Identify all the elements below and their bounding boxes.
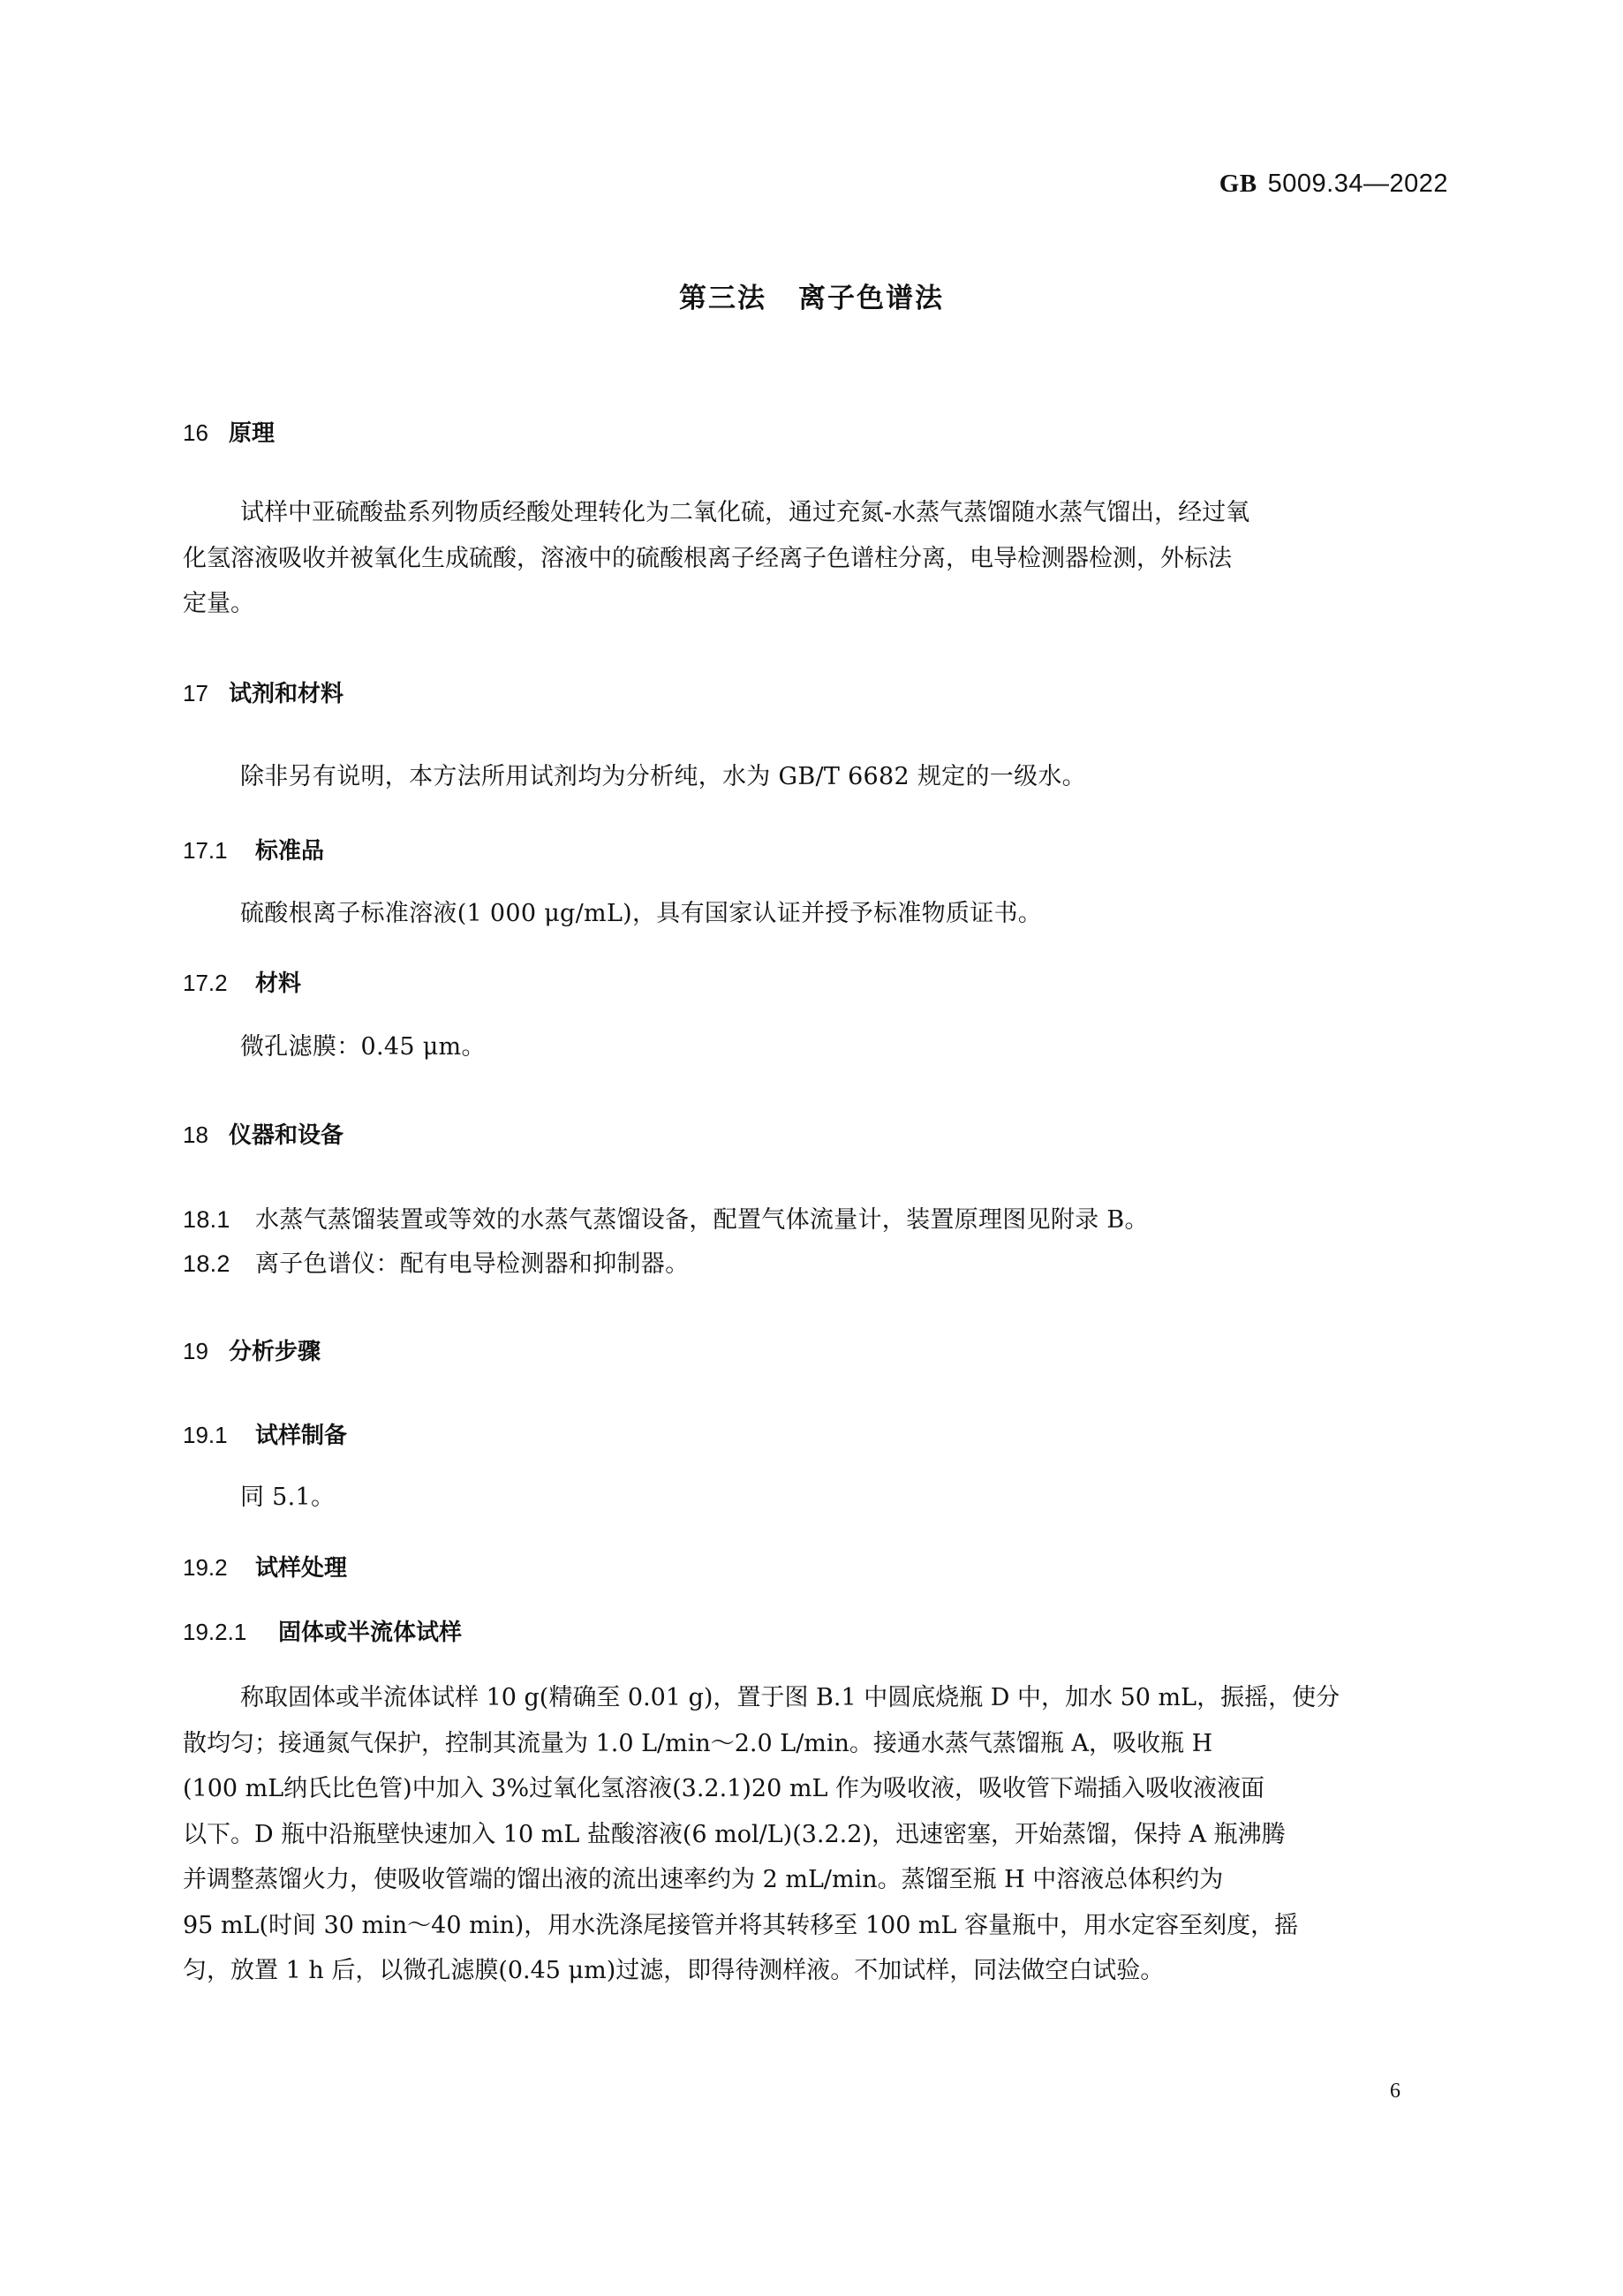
section-title: 试剂和材料 bbox=[229, 681, 343, 707]
section-title: 标准品 bbox=[255, 838, 324, 865]
text-line: 化氢溶液吸收并被氧化生成硫酸，溶液中的硫酸根离子经离子色谱柱分离，电导检测器检测… bbox=[183, 536, 1446, 582]
section-heading-17: 17试剂和材料 bbox=[183, 676, 343, 708]
text-line: 称取固体或半流体试样 10 g(精确至 0.01 g)，置于图 B.1 中圆底烧… bbox=[183, 1675, 1446, 1721]
section-title: 分析步骤 bbox=[229, 1339, 321, 1365]
section-heading-18: 18仪器和设备 bbox=[183, 1117, 343, 1150]
paragraph-standard: 硫酸根离子标准溶液(1 000 μg/mL)，具有国家认证并授予标准物质证书。 bbox=[240, 891, 1042, 937]
paragraph-materials: 微孔滤膜：0.45 μm。 bbox=[240, 1024, 486, 1070]
section-number: 17.1 bbox=[183, 837, 255, 865]
item-number: 18.1 bbox=[183, 1197, 255, 1242]
method-title: 第三法离子色谱法 bbox=[0, 276, 1623, 315]
section-title: 试样制备 bbox=[255, 1423, 347, 1449]
section-number: 17 bbox=[183, 680, 229, 707]
paragraph-reagents: 除非另有说明，本方法所用试剂均为分析纯，水为 GB/T 6682 规定的一级水。 bbox=[240, 754, 1086, 800]
text-line: 散均匀；接通氮气保护，控制其流量为 1.0 L/min～2.0 L/min。接通… bbox=[183, 1721, 1446, 1767]
section-heading-19-2: 19.2试样处理 bbox=[183, 1550, 347, 1582]
section-number: 19.2 bbox=[183, 1554, 255, 1582]
standard-code-number: 5009.34—2022 bbox=[1268, 170, 1448, 198]
section-title: 仪器和设备 bbox=[229, 1122, 343, 1149]
text-line: (100 mL纳氏比色管)中加入 3%过氧化氢溶液(3.2.1)20 mL 作为… bbox=[183, 1766, 1446, 1812]
method-title-part1: 第三法 bbox=[679, 283, 766, 314]
text-line: 以下。D 瓶中沿瓶壁快速加入 10 mL 盐酸溶液(6 mol/L)(3.2.2… bbox=[183, 1812, 1446, 1858]
section-heading-19: 19分析步骤 bbox=[183, 1333, 321, 1366]
section-heading-16: 16原理 bbox=[183, 415, 275, 448]
section-title: 固体或半流体试样 bbox=[278, 1620, 462, 1646]
item-18-1: 18.1水蒸气蒸馏装置或等效的水蒸气蒸馏设备，配置气体流量计，装置原理图见附录 … bbox=[183, 1197, 1149, 1243]
item-number: 18.2 bbox=[183, 1241, 255, 1287]
standard-code: GB5009.34—2022 bbox=[1219, 170, 1448, 199]
paragraph-solid-sample-procedure: 称取固体或半流体试样 10 g(精确至 0.01 g)，置于图 B.1 中圆底烧… bbox=[183, 1675, 1446, 1994]
section-number: 16 bbox=[183, 419, 229, 447]
section-title: 材料 bbox=[255, 971, 301, 997]
text-line: 95 mL(时间 30 min～40 min)，用水洗涤尾接管并将其转移至 10… bbox=[183, 1903, 1446, 1949]
section-heading-19-2-1: 19.2.1固体或半流体试样 bbox=[183, 1614, 462, 1647]
text-line: 定量。 bbox=[183, 581, 1446, 627]
section-number: 19 bbox=[183, 1338, 229, 1365]
section-heading-17-2: 17.2材料 bbox=[183, 965, 301, 998]
paragraph-principle: 试样中亚硫酸盐系列物质经酸处理转化为二氧化硫，通过充氮-水蒸气蒸馏随水蒸气馏出，… bbox=[183, 490, 1446, 627]
text-line: 匀，放置 1 h 后，以微孔滤膜(0.45 μm)过滤，即得待测样液。不加试样，… bbox=[183, 1948, 1446, 1994]
section-number: 17.2 bbox=[183, 970, 255, 997]
item-text: 离子色谱仪：配有电导检测器和抑制器。 bbox=[255, 1250, 689, 1278]
page-number: 6 bbox=[1390, 2080, 1400, 2103]
section-number: 19.1 bbox=[183, 1422, 255, 1449]
standard-code-prefix: GB bbox=[1219, 170, 1257, 198]
section-title: 试样处理 bbox=[255, 1555, 347, 1582]
method-title-part2: 离子色谱法 bbox=[798, 283, 944, 314]
section-number: 19.2.1 bbox=[183, 1619, 278, 1646]
text-line: 试样中亚硫酸盐系列物质经酸处理转化为二氧化硫，通过充氮-水蒸气蒸馏随水蒸气馏出，… bbox=[183, 490, 1446, 536]
section-heading-19-1: 19.1试样制备 bbox=[183, 1417, 347, 1450]
item-18-2: 18.2离子色谱仪：配有电导检测器和抑制器。 bbox=[183, 1241, 689, 1288]
text-line: 并调整蒸馏火力，使吸收管端的馏出液的流出速率约为 2 mL/min。蒸馏至瓶 H… bbox=[183, 1857, 1446, 1903]
paragraph-sample-prep: 同 5.1。 bbox=[240, 1475, 335, 1521]
item-text: 水蒸气蒸馏装置或等效的水蒸气蒸馏设备，配置气体流量计，装置原理图见附录 B。 bbox=[255, 1206, 1149, 1234]
section-number: 18 bbox=[183, 1122, 229, 1149]
section-title: 原理 bbox=[229, 420, 275, 447]
section-heading-17-1: 17.1标准品 bbox=[183, 833, 324, 865]
